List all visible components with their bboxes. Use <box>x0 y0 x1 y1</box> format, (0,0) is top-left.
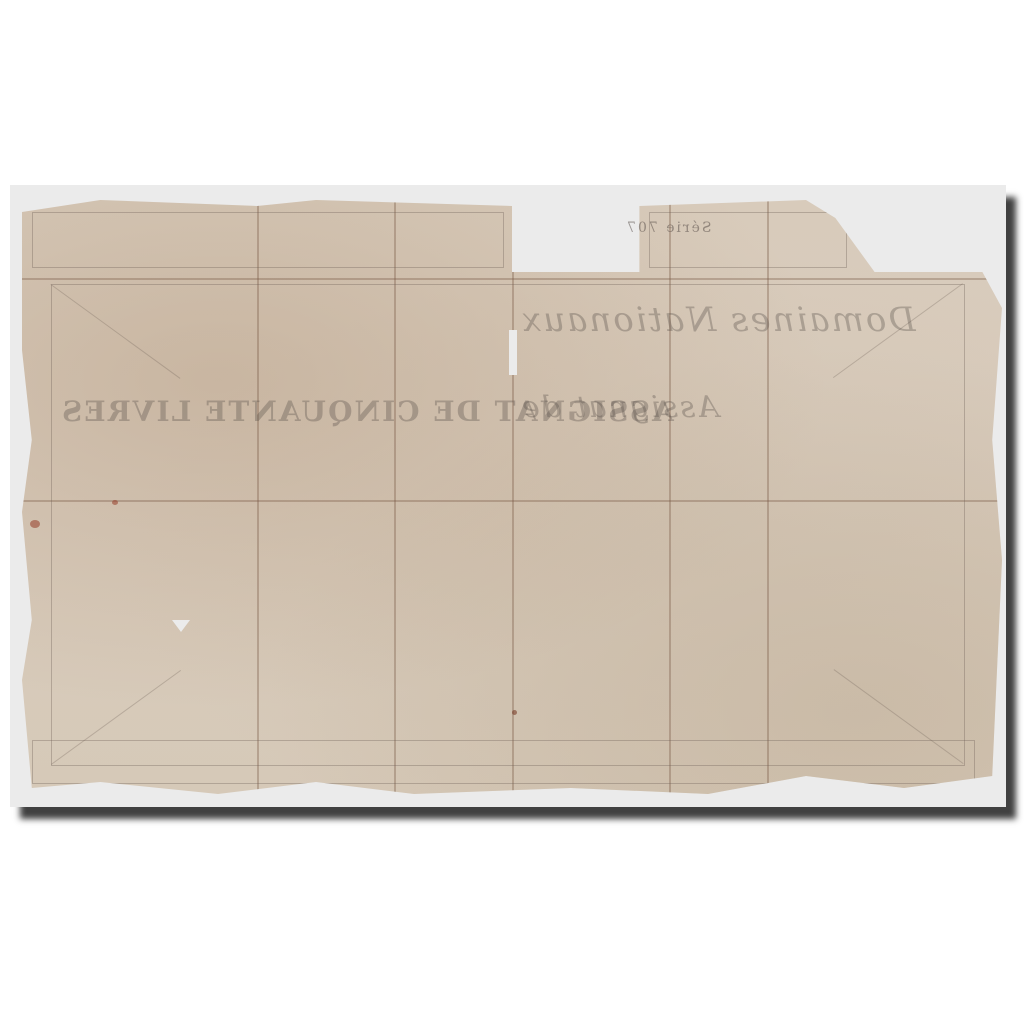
stain <box>30 520 40 528</box>
fold-line <box>22 278 1002 280</box>
ghost-subtitle: Assignat de <box>520 390 719 425</box>
stain <box>512 710 517 715</box>
serie-label: Série 707 <box>625 220 712 236</box>
bottom-strip-border <box>32 740 975 784</box>
top-strip-border <box>32 212 504 268</box>
banknote <box>22 200 1002 800</box>
tear-hole <box>509 330 517 375</box>
stain <box>112 500 118 505</box>
ghost-heading: Domaines Nationaux <box>520 300 916 340</box>
